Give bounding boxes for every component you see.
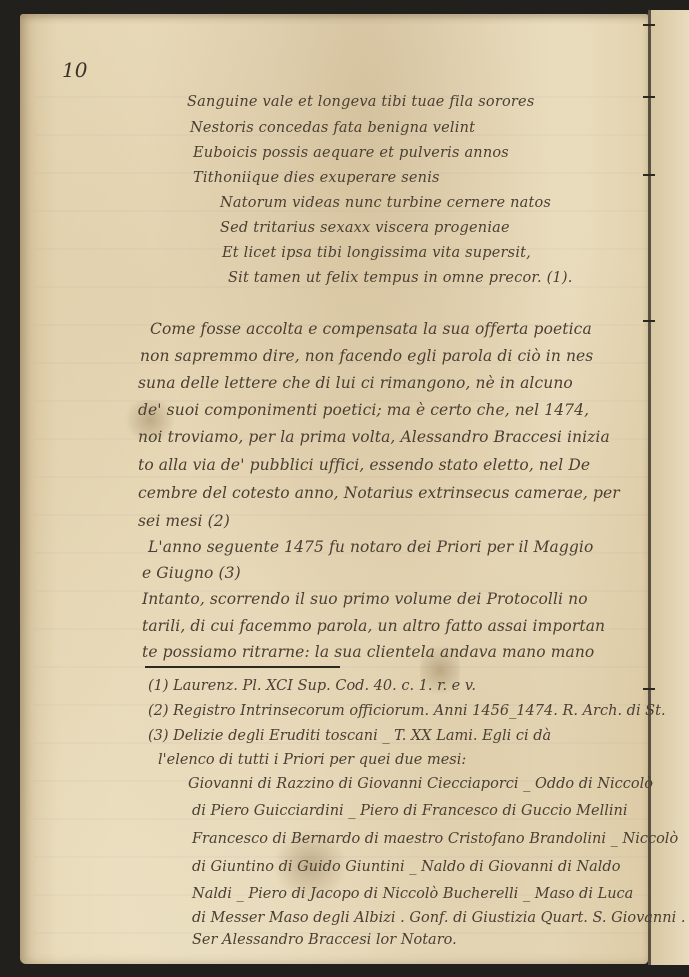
poem-line: Nestoris concedas fata benigna velint [190,120,475,136]
binding-stitch [643,688,655,690]
poem-line: Euboicis possis aequare et pulveris anno… [193,145,509,161]
poem-line: Sit tamen ut felix tempus in omne precor… [228,270,573,286]
footnote-line: l'elenco di tutti i Priori per quei due … [158,752,466,768]
footnote-line: (3) Delizie degli Eruditi toscani _ T. X… [148,728,551,744]
poem-line: Natorum videas nunc turbine cernere nato… [220,195,551,211]
poem-line: Sed tritarius sexaxx viscera progeniae [220,220,510,236]
footnote-line: Ser Alessandro Braccesi lor Notaro. [192,932,457,948]
prose-line: to alla via de' pubblici uffici, essendo… [138,456,590,474]
prose-line: e Giugno (3) [142,564,241,582]
footnote-line: di Messer Maso degli Albizi . Gonf. di G… [192,910,685,926]
footnote-line: (2) Registro Intrinsecorum officiorum. A… [148,703,666,719]
prose-line: de' suoi componimenti poetici; ma è cert… [138,401,589,419]
folio-number: 10 [62,58,87,82]
prose-line: Come fosse accolta e compensata la sua o… [150,320,592,338]
footnote-line: (1) Laurenz. Pl. XCI Sup. Cod. 40. c. 1.… [148,678,476,694]
binding-stitch [643,96,655,98]
binding-stitch [643,174,655,176]
prose-line: L'anno seguente 1475 fu notaro dei Prior… [148,538,593,556]
prose-line: tarili, di cui facemmo parola, un altro … [142,617,605,635]
prose-line: sei mesi (2) [138,512,230,530]
footnote-line: Francesco di Bernardo di maestro Cristof… [192,831,678,847]
prose-line: suna delle lettere che di lui ci rimango… [138,374,573,392]
prose-line: noi troviamo, per la prima volta, Alessa… [138,428,610,446]
poem-line: Tithoniique dies exuperare senis [193,170,440,186]
poem-line: Et licet ipsa tibi longissima vita super… [222,245,531,261]
footnote-line: Naldi _ Piero di Jacopo di Niccolò Buche… [192,886,633,902]
binding-stitch [643,320,655,322]
prose-line: non sapremmo dire, non facendo egli paro… [140,347,593,365]
footnote-line: di Piero Guicciardini _ Piero di Frances… [192,803,628,819]
footnote-separator [145,666,340,668]
footnote-line: Giovanni di Razzino di Giovanni Ciecciap… [188,776,653,792]
binding-stitch [643,24,655,26]
footnote-line: di Giuntino di Guido Giuntini _ Naldo di… [192,859,620,875]
prose-line: Intanto, scorrendo il suo primo volume d… [142,590,588,608]
prose-line: cembre del cotesto anno, Notarius extrin… [138,484,620,502]
adjacent-page [651,10,689,965]
poem-line: Sanguine vale et longeva tibi tuae fila … [187,94,534,110]
prose-line: te possiamo ritrarne: la sua clientela a… [142,643,594,661]
manuscript-scan: 10 Sanguine vale et longeva tibi tuae fi… [0,0,689,977]
